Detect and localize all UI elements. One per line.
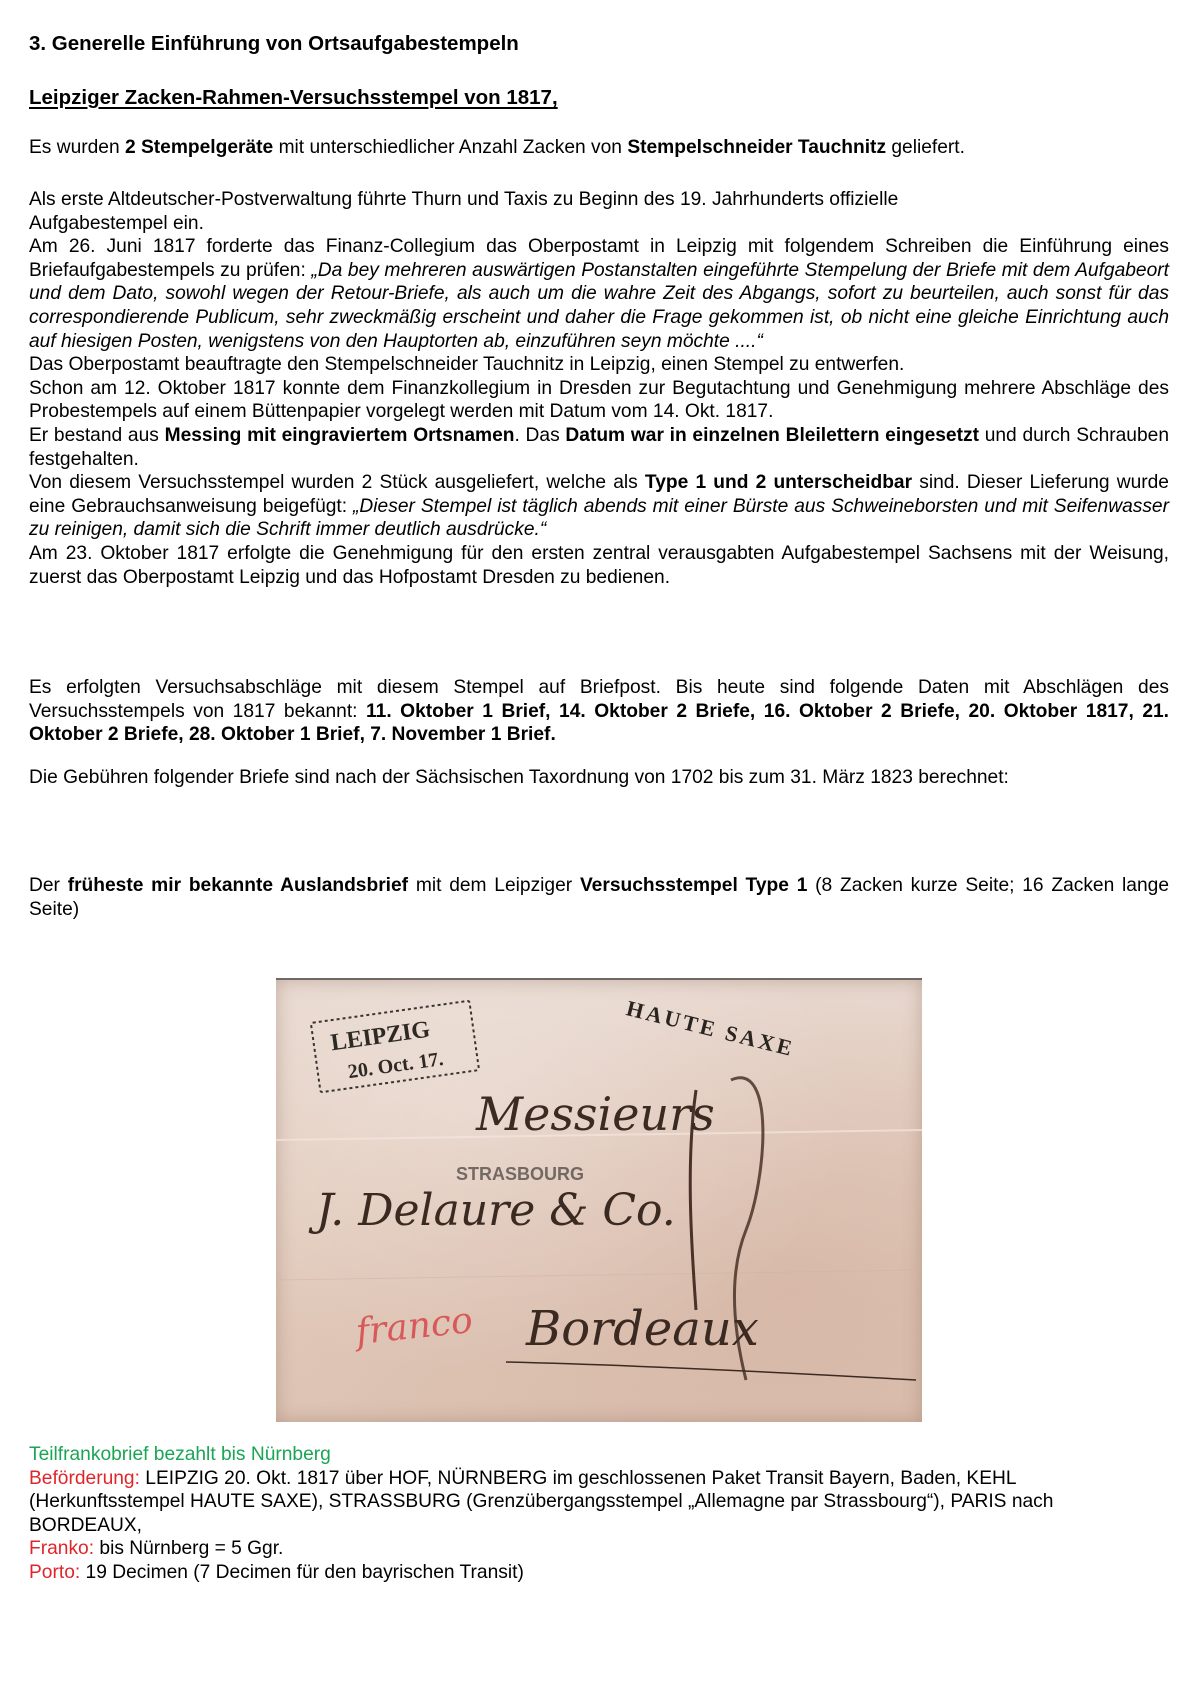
fees-note: Die Gebühren folgender Briefe sind nach … bbox=[29, 766, 1169, 790]
page-heading: 3. Generelle Einführung von Ortsaufgabes… bbox=[29, 30, 519, 58]
bold-text: Type 1 und 2 unterscheidbar bbox=[645, 472, 912, 493]
bold-text: Datum war in einzelnen Bleilettern einge… bbox=[565, 425, 979, 446]
red-franco-note: franco bbox=[351, 1300, 475, 1353]
porto-label: Porto: bbox=[29, 1562, 80, 1583]
address-line2: J. Delaure & Co. bbox=[308, 1185, 676, 1236]
stamp-haute-saxe: HAUTE SAXE bbox=[624, 995, 797, 1061]
history-p2: Am 26. Juni 1817 forderte das Finanz-Col… bbox=[29, 235, 1169, 353]
known-dates-paragraph: Es erfolgten Versuchsabschläge mit diese… bbox=[29, 676, 1169, 747]
caption-route: Beförderung: LEIPZIG 20. Okt. 1817 über … bbox=[29, 1467, 1089, 1538]
history-p5: Er bestand aus Messing mit eingraviertem… bbox=[29, 424, 1169, 471]
franko-label: Franko: bbox=[29, 1538, 94, 1559]
letter-caption: Teilfrankobrief bezahlt bis Nürnberg Bef… bbox=[29, 1443, 1169, 1585]
bold-text: 2 Stempelgeräte bbox=[125, 137, 273, 158]
bold-text: Stempelschneider Tauchnitz bbox=[627, 137, 886, 158]
history-p1: Als erste Altdeutscher-Postverwaltung fü… bbox=[29, 188, 1029, 235]
history-p4: Schon am 12. Oktober 1817 konnte dem Fin… bbox=[29, 377, 1169, 424]
address-line1: Messieurs bbox=[475, 1087, 715, 1141]
caption-franko: Franko: bis Nürnberg = 5 Ggr. bbox=[29, 1537, 1169, 1561]
caption-title: Teilfrankobrief bezahlt bis Nürnberg bbox=[29, 1443, 1169, 1467]
history-p3: Das Oberpostamt beauftragte den Stempels… bbox=[29, 353, 1169, 377]
text: Von diesem Versuchsstempel wurden 2 Stüc… bbox=[29, 472, 645, 493]
bold-text: Messing mit eingraviertem Ortsnamen bbox=[165, 425, 515, 446]
route-label: Beförderung: bbox=[29, 1468, 140, 1489]
text: . Das bbox=[515, 425, 566, 446]
text: mit dem Leipziger bbox=[408, 875, 580, 896]
bold-text: früheste mir bekannte Auslandsbrief bbox=[68, 875, 408, 896]
letter-image: LEIPZIG 20. Oct. 17. HAUTE SAXE STRASBOU… bbox=[276, 978, 922, 1422]
porto-text: 19 Decimen (7 Decimen für den bayrischen… bbox=[80, 1562, 524, 1583]
text: Der bbox=[29, 875, 68, 896]
text: Die Gebühren folgender Briefe sind nach … bbox=[29, 766, 1169, 790]
caption-porto: Porto: 19 Decimen (7 Decimen für den bay… bbox=[29, 1561, 1169, 1585]
history-p6: Von diesem Versuchsstempel wurden 2 Stüc… bbox=[29, 471, 1169, 542]
text: Es wurden bbox=[29, 137, 125, 158]
franko-text: bis Nürnberg = 5 Ggr. bbox=[94, 1538, 283, 1559]
bold-text: Versuchsstempel Type 1 bbox=[580, 875, 807, 896]
text: mit unterschiedlicher Anzahl Zacken von bbox=[273, 137, 627, 158]
address-line3: Bordeaux bbox=[525, 1301, 759, 1357]
route-text: LEIPZIG 20. Okt. 1817 über HOF, NÜRNBERG… bbox=[29, 1468, 1053, 1536]
earliest-letter-paragraph: Der früheste mir bekannte Auslandsbrief … bbox=[29, 874, 1169, 921]
stamp-strasbourg: STRASBOURG bbox=[456, 1164, 584, 1184]
stamp-leipzig-line1: LEIPZIG bbox=[329, 1017, 432, 1057]
history-p7: Am 23. Oktober 1817 erfolgte die Genehmi… bbox=[29, 542, 1169, 589]
intro-paragraph: Es wurden 2 Stempelgeräte mit unterschie… bbox=[29, 136, 1169, 160]
history-section: Als erste Altdeutscher-Postverwaltung fü… bbox=[29, 188, 1169, 589]
stamp-leipzig-line2: 20. Oct. 17. bbox=[347, 1048, 445, 1083]
text: geliefert. bbox=[886, 137, 965, 158]
section-subheading: Leipziger Zacken-Rahmen-Versuchsstempel … bbox=[29, 84, 558, 112]
text: Er bestand aus bbox=[29, 425, 165, 446]
